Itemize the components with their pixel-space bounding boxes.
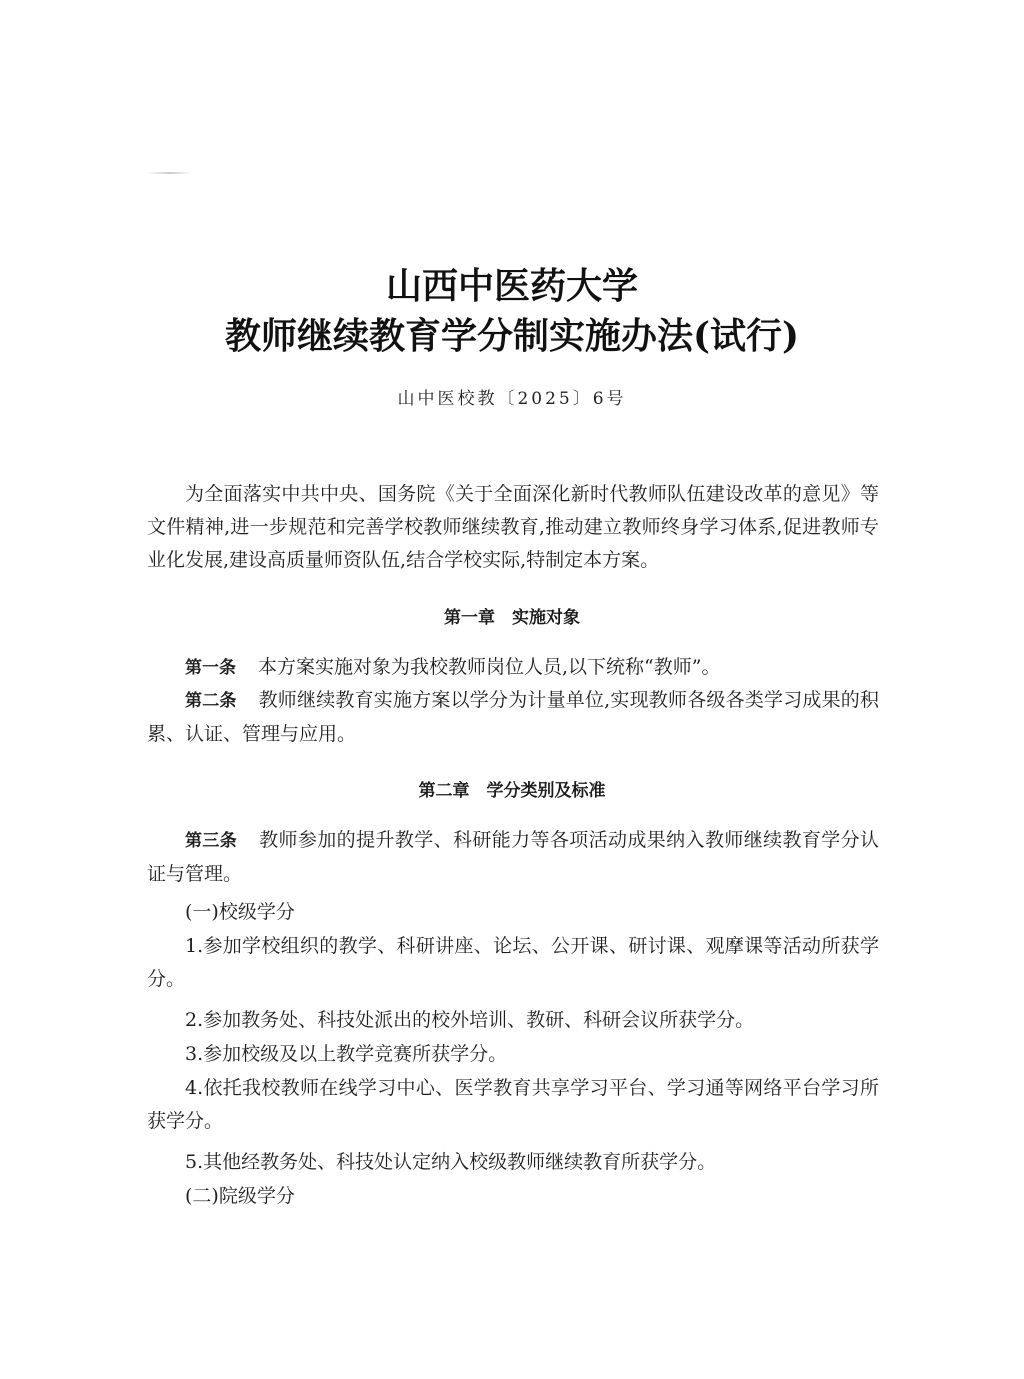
section-heading: (二)院级学分 (147, 1180, 879, 1213)
article: 第二条教师继续教育实施方案以学分为计量单位,实现教师各级各类学习成果的积累、认证… (147, 684, 879, 751)
list-item: 1.参加学校组织的教学、科研讲座、论坛、公开课、研讨课、观摩课等活动所获学分。 (147, 930, 879, 996)
list-item: 3.参加校级及以上教学竞赛所获学分。 (147, 1038, 879, 1071)
list-item: 2.参加教务处、科技处派出的校外培训、教研、科研会议所获学分。 (147, 1004, 879, 1037)
scan-artifact (147, 172, 192, 174)
article-label: 第一条 (185, 658, 236, 678)
article-label: 第三条 (185, 831, 237, 851)
document-title-line2: 教师继续教育学分制实施办法(试行) (0, 314, 1024, 358)
preamble: 为全面落实中共中央、国务院《关于全面深化新时代教师队伍建设改革的意见》等文件精神… (147, 478, 879, 577)
article-text: 本方案实施对象为我校教师岗位人员,以下统称“教师”。 (258, 656, 720, 678)
list-item: 4.依托我校教师在线学习中心、医学教育共享学习平台、学习通等网络平台学习所获学分… (147, 1072, 879, 1138)
preamble-text: 为全面落实中共中央、国务院《关于全面深化新时代教师队伍建设改革的意见》等文件精神… (147, 478, 879, 577)
article: 第一条本方案实施对象为我校教师岗位人员,以下统称“教师”。 (147, 651, 879, 685)
document-page: 山西中医药大学 教师继续教育学分制实施办法(试行) 山中医校教〔2025〕6号 … (0, 0, 1024, 1379)
article-text: 教师参加的提升教学、科研能力等各项活动成果纳入教师继续教育学分认证与管理。 (147, 829, 879, 885)
chapter-heading: 第一章 实施对象 (0, 603, 1024, 628)
section-heading: (一)校级学分 (147, 896, 879, 929)
document-number: 山中医校教〔2025〕6号 (0, 384, 1024, 409)
article-text: 教师继续教育实施方案以学分为计量单位,实现教师各级各类学习成果的积累、认证、管理… (147, 689, 879, 745)
article: 第三条教师参加的提升教学、科研能力等各项活动成果纳入教师继续教育学分认证与管理。 (147, 824, 879, 891)
chapter-heading: 第二章 学分类别及标准 (0, 776, 1024, 801)
article-label: 第二条 (185, 691, 237, 711)
list-item: 5.其他经教务处、科技处认定纳入校级教师继续教育所获学分。 (147, 1146, 879, 1179)
document-title-line1: 山西中医药大学 (0, 264, 1024, 308)
